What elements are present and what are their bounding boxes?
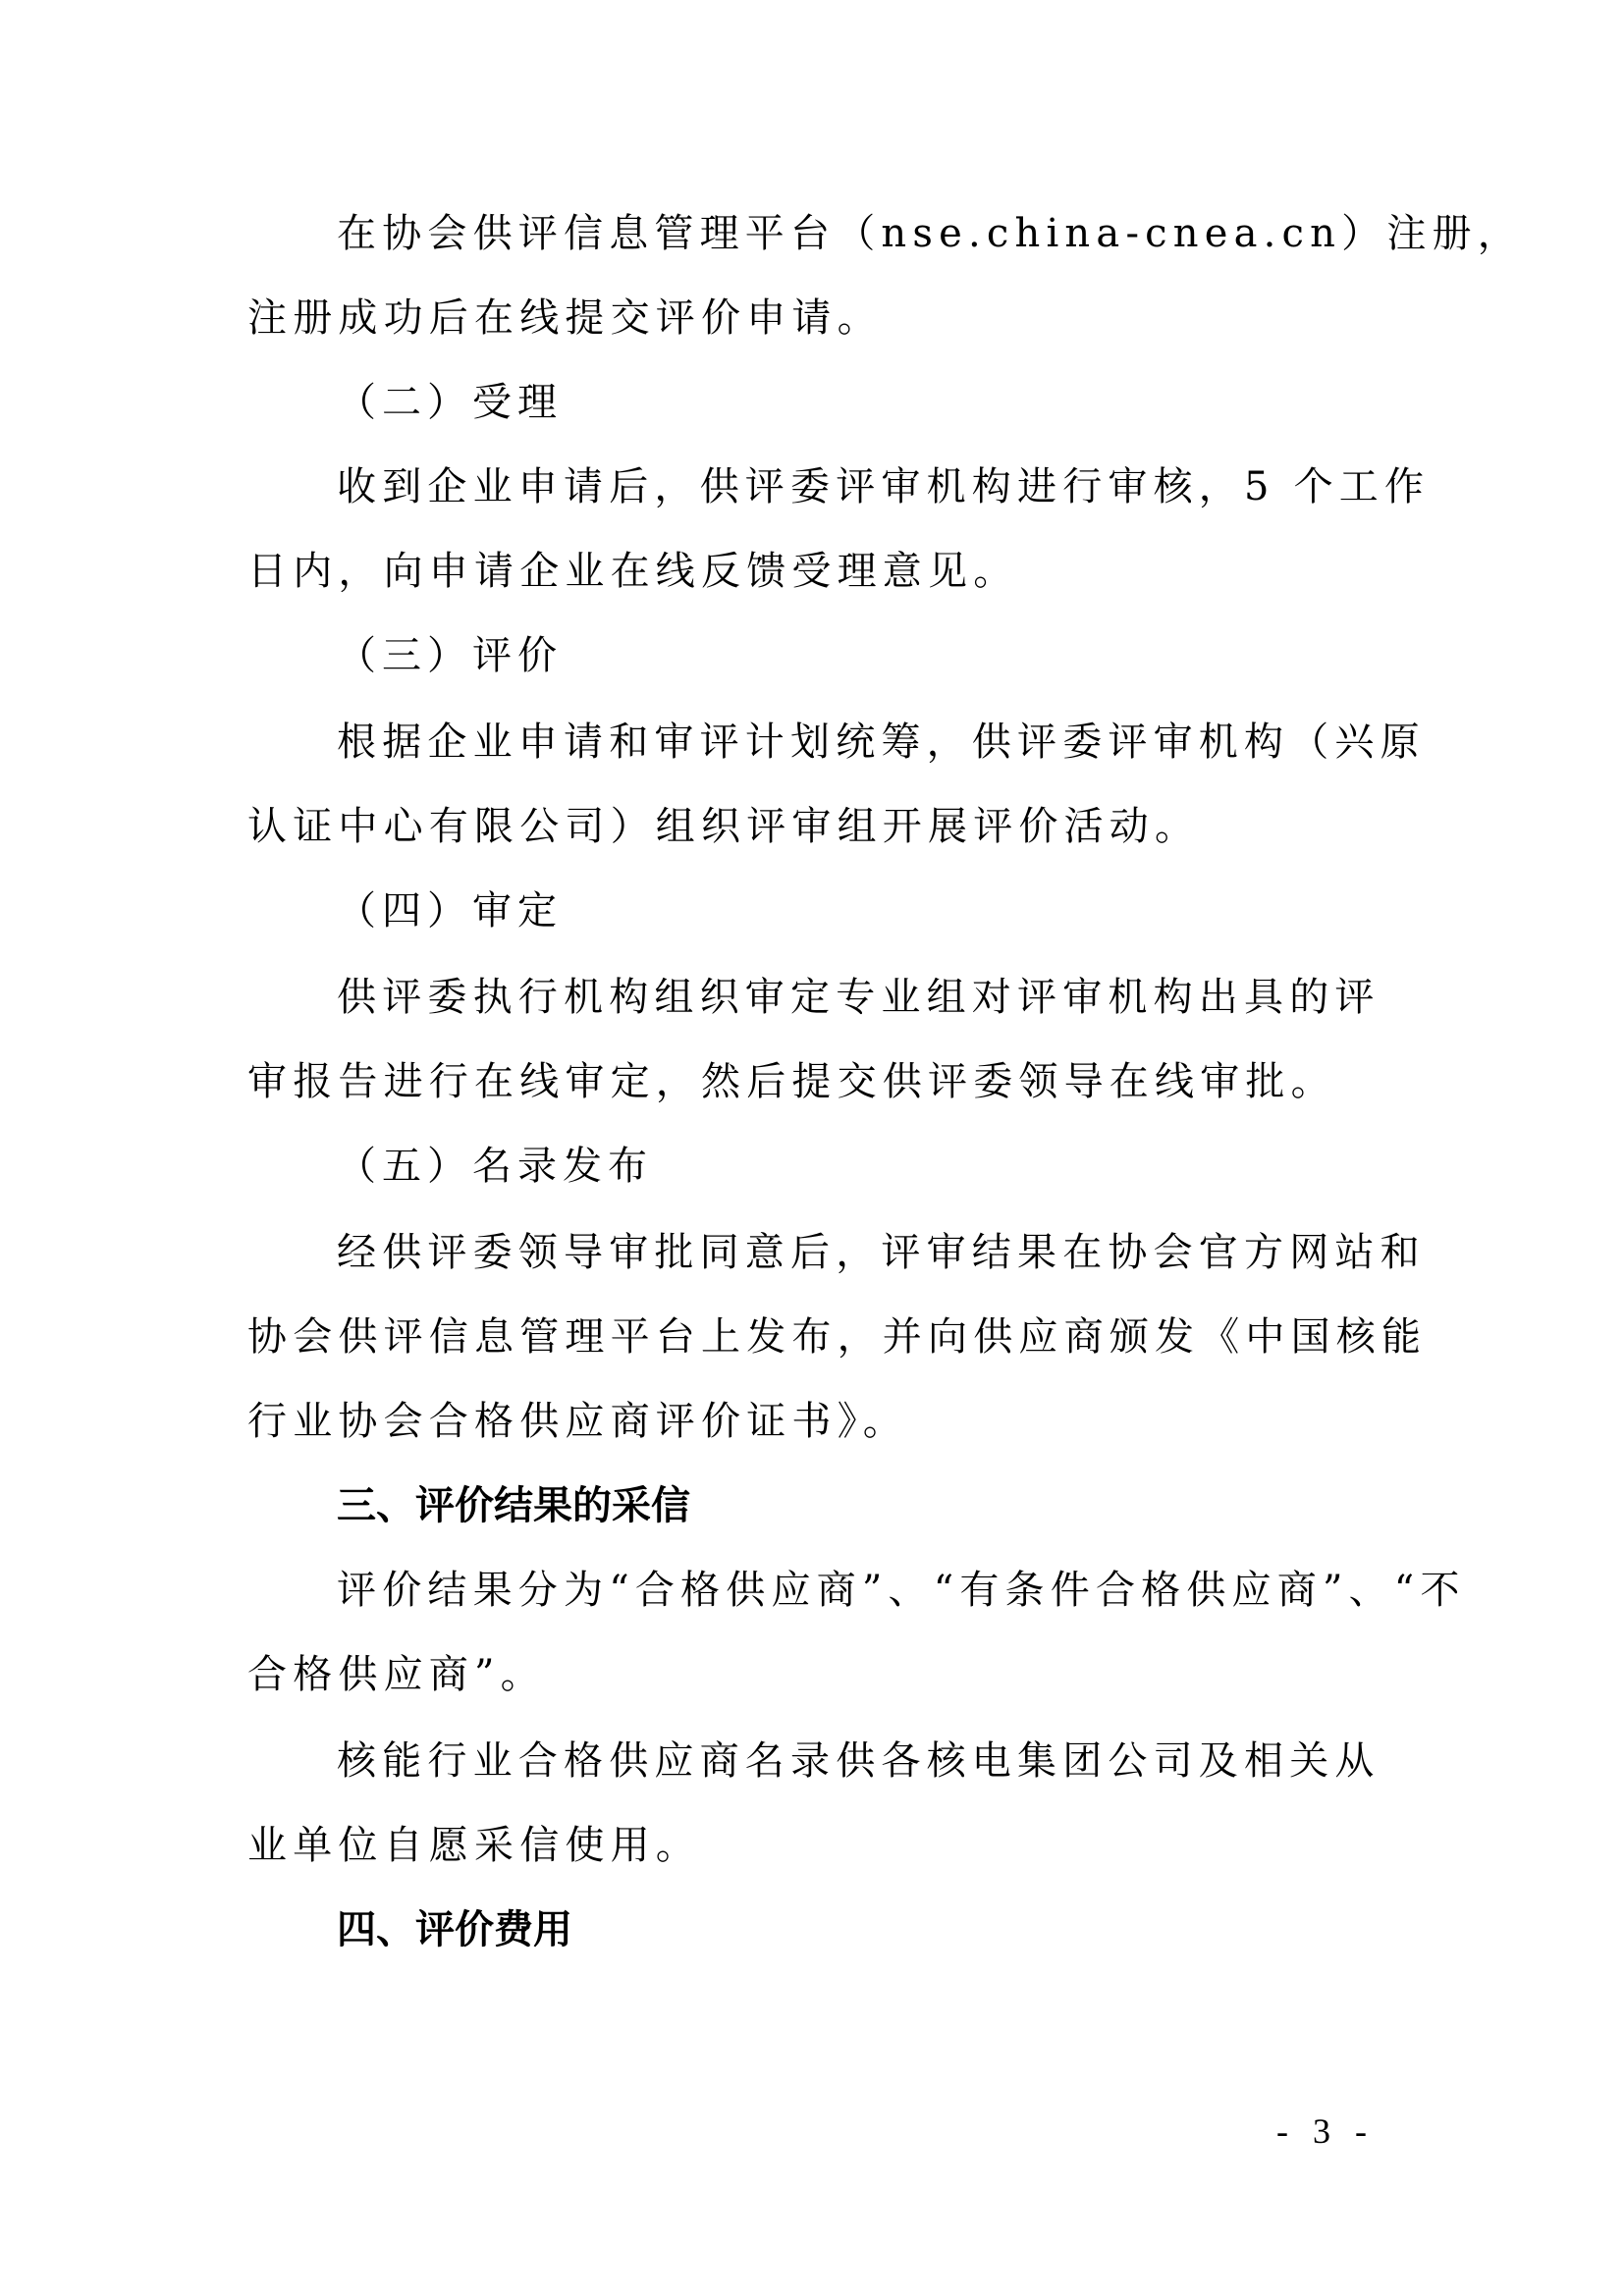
subheading-list-release: （五）名录发布 — [337, 1141, 653, 1192]
paragraph-list-release-line-3: 行业协会合格供应商评价证书》。 — [247, 1396, 908, 1447]
paragraph-acceptance-line-2: 日内，向申请企业在线反馈受理意见。 — [247, 546, 1018, 597]
paragraph-list-release-line-2: 协会供评信息管理平台上发布，并向供应商颁发《中国核能 — [247, 1311, 1427, 1362]
paragraph-result-types-line-1: 评价结果分为“合格供应商”、“有条件合格供应商”、“不 — [337, 1565, 1466, 1616]
paragraph-registration-line-2: 注册成功后在线提交评价申请。 — [247, 293, 883, 344]
paragraph-adoption-line-2: 业单位自愿采信使用。 — [247, 1820, 701, 1871]
subheading-evaluation: （三）评价 — [337, 630, 563, 681]
page-number: - 3 - — [1276, 2110, 1375, 2152]
paragraph-result-types-line-2: 合格供应商”。 — [247, 1649, 546, 1700]
paragraph-adoption-line-1: 核能行业合格供应商名录供各核电集团公司及相关从 — [337, 1735, 1380, 1787]
paragraph-evaluation-line-1: 根据企业申请和审评计划统筹，供评委评审机构（兴原 — [337, 717, 1426, 768]
subheading-acceptance: （二）受理 — [337, 377, 563, 428]
heading-result-adoption: 三、评价结果的采信 — [337, 1480, 690, 1531]
heading-evaluation-fees: 四、评价费用 — [337, 1904, 572, 1955]
paragraph-evaluation-line-2: 认证中心有限公司）组织评审组开展评价活动。 — [247, 801, 1200, 852]
paragraph-registration-line-1: 在协会供评信息管理平台（nse.china-cnea.cn）注册， — [337, 208, 1523, 259]
subheading-approval: （四）审定 — [337, 885, 563, 936]
paragraph-approval-line-1: 供评委执行机构组织审定专业组对评审机构出具的评 — [337, 972, 1380, 1023]
document-page: 在协会供评信息管理平台（nse.china-cnea.cn）注册， 注册成功后在… — [0, 0, 1624, 2296]
paragraph-acceptance-line-1: 收到企业申请后，供评委评审机构进行审核，5 个工作 — [337, 461, 1430, 512]
paragraph-list-release-line-1: 经供评委领导审批同意后，评审结果在协会官方网站和 — [337, 1227, 1426, 1278]
paragraph-approval-line-2: 审报告进行在线审定，然后提交供评委领导在线审批。 — [247, 1056, 1336, 1107]
